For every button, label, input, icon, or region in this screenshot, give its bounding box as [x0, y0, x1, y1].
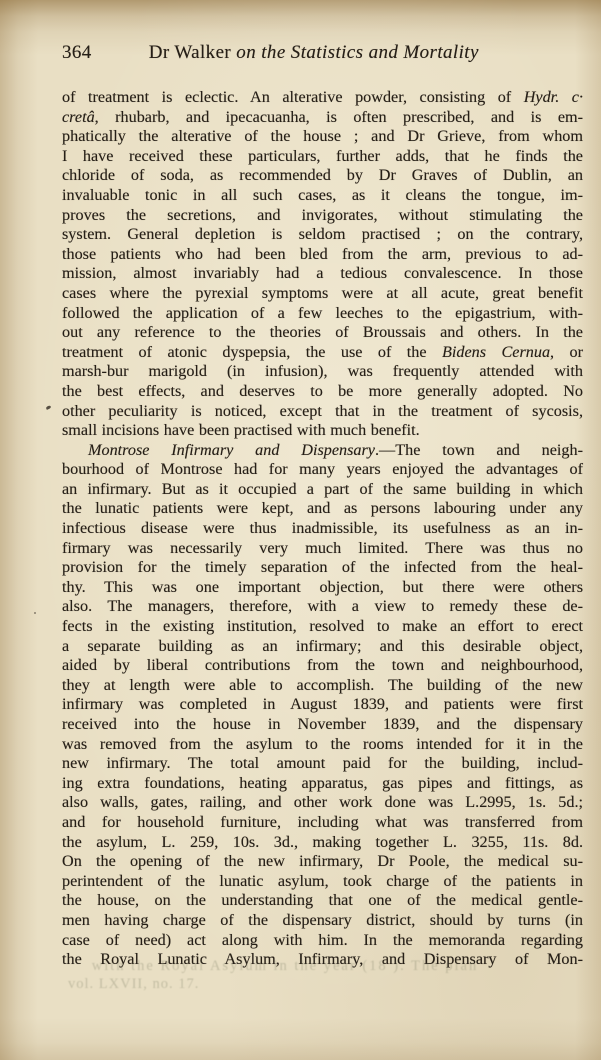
scanned-book-page: 364 Dr Walker on the Statistics and Mort…	[0, 0, 601, 1060]
text-line: of treatment is eclectic. An alterative …	[62, 88, 583, 108]
show-through-line: with the Royal Asylum in the year (18 ).…	[20, 957, 550, 975]
body-text: of treatment is eclectic. An alterative …	[62, 88, 583, 970]
text-line: thy. This was one important objection, b…	[62, 578, 583, 598]
text-line: the house, on the understanding that one…	[62, 891, 583, 911]
text-line: men having charge of the dispensary dist…	[62, 911, 583, 931]
text-line: On the opening of the new infirmary, Dr …	[62, 852, 583, 872]
text-line: I have received these particulars, furth…	[62, 147, 583, 167]
text-line: also. The managers, therefore, with a vi…	[62, 597, 583, 617]
text-line: perintendent of the lunatic asylum, took…	[62, 872, 583, 892]
text-line: they at length were able to accomplish. …	[62, 676, 583, 696]
text-line: an infirmary. But as it occupied a part …	[62, 480, 583, 500]
text-line: ing extra foundations, heating apparatus…	[62, 774, 583, 794]
text-line: new infirmary. The total amount paid for…	[62, 754, 583, 774]
text-line: those patients who had been bled from th…	[62, 245, 583, 265]
text-line: chloride of soda, as recommended by Dr G…	[62, 166, 583, 186]
ink-speck	[46, 405, 52, 410]
page-number: 364	[62, 42, 92, 64]
running-title-italic: on the Statistics and Mortality	[236, 42, 479, 63]
text-line: firmary was necessarily very much limite…	[62, 539, 583, 559]
text-line: the best effects, and deserves to be mor…	[62, 382, 583, 402]
text-line: invaluable tonic in all such cases, as i…	[62, 186, 583, 206]
text-line: phatically the alterative of the house ;…	[62, 127, 583, 147]
text-line: and for household furniture, including w…	[62, 813, 583, 833]
paragraph: of treatment is eclectic. An alterative …	[62, 88, 583, 441]
text-line: was removed from the asylum to the rooms…	[62, 735, 583, 755]
ink-speck-small	[34, 612, 36, 614]
text-line: infectious disease were thus inadmissibl…	[62, 519, 583, 539]
text-line: bourhood of Montrose had for many years …	[62, 460, 583, 480]
text-line: fects in the existing institution, resol…	[62, 617, 583, 637]
text-line: a separate building as an infirmary; and…	[62, 637, 583, 657]
running-title: Dr Walker on the Statistics and Mortalit…	[149, 42, 479, 64]
show-through-text: with the Royal Asylum in the year (18 ).…	[20, 957, 550, 993]
text-line: Montrose Infirmary and Dispensary.—The t…	[62, 441, 583, 461]
text-line: small incisions have been practised with…	[62, 421, 583, 441]
text-line: cases where the pyrexial symptoms were a…	[62, 284, 583, 304]
text-line: mission, almost invariably had a tedious…	[62, 264, 583, 284]
text-line: received into the house in November 1839…	[62, 715, 583, 735]
text-line: other peculiarity is noticed, except tha…	[62, 402, 583, 422]
running-title-author: Dr Walker	[149, 42, 237, 63]
text-line: cretâ, rhubarb, and ipecacuanha, is ofte…	[62, 108, 583, 128]
text-line: treatment of atonic dyspepsia, the use o…	[62, 343, 583, 363]
text-line: the lunatic patients were kept, and as p…	[62, 499, 583, 519]
text-line: the asylum, L. 259, 10s. 3d., making tog…	[62, 833, 583, 853]
text-line: out any reference to the theories of Bro…	[62, 323, 583, 343]
text-line: proves the secretions, and invigorates, …	[62, 206, 583, 226]
text-line: provision for the timely separation of t…	[62, 558, 583, 578]
text-line: aided by liberal contributions from the …	[62, 656, 583, 676]
text-line: followed the application of a few leeche…	[62, 304, 583, 324]
text-line: infirmary was completed in August 1839, …	[62, 695, 583, 715]
text-line: also walls, gates, railing, and other wo…	[62, 793, 583, 813]
paragraph: Montrose Infirmary and Dispensary.—The t…	[62, 441, 583, 970]
text-line: case of need) act along with him. In the…	[62, 931, 583, 951]
running-head: 364 Dr Walker on the Statistics and Mort…	[62, 42, 583, 64]
text-line: marsh-bur marigold (in infusion), was fr…	[62, 362, 583, 382]
show-through-line: vol. LXVII, no. 17.	[20, 975, 550, 993]
text-line: system. General depletion is seldom prac…	[62, 225, 583, 245]
